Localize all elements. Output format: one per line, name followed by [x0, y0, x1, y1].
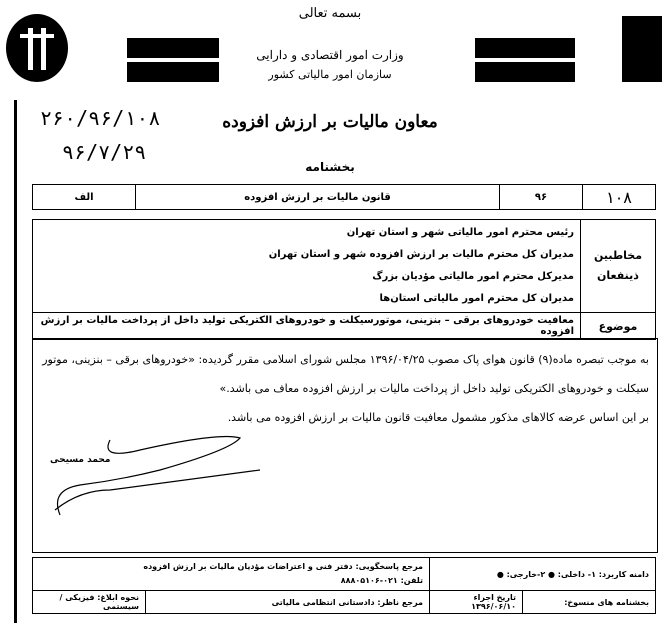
department-title: معاون مالیات بر ارزش افزوده [200, 112, 460, 132]
series-letter: الف [33, 185, 136, 210]
law-name: قانون مالیات بر ارزش افزوده [136, 185, 500, 210]
responder-text: مرجع پاسخگویی: دفتر فنی و اعتراضات مؤدیا… [39, 560, 423, 574]
recipients-label-1: مخاطبین [587, 246, 649, 266]
body-paragraph-1: به موجب تبصره ماده(۹) قانون هوای پاک مصو… [33, 345, 657, 403]
supervisor-cell: مرجع ناظر: دادستانی انتظامی مالیاتی [146, 591, 430, 614]
subject-text: معافیت خودروهای برقی – بنزینی، موتورسیکل… [33, 313, 581, 340]
signature-icon [40, 430, 260, 530]
logo-emblem-icon [6, 14, 68, 82]
invocation: بسمه تعالی [200, 6, 460, 21]
redaction-bar [475, 38, 575, 58]
redaction-bar [475, 62, 575, 82]
signatory-name: محمد مسیحی [50, 455, 110, 465]
notify-cell: نحوه ابلاغ: فیزیکی / سیستمی [33, 591, 146, 614]
abolished-cell: بخشنامه های منسوخ: [523, 591, 656, 614]
circular-number: ۱۰۸ [583, 185, 656, 210]
circular-document: بسمه تعالی وزارت امور اقتصادی و دارایی س… [0, 0, 662, 623]
scope-cell: دامنه کاربرد: ۱- داخلی: ● ۲-خارجی: ● [430, 558, 656, 591]
info-row-table: ۱۰۸ ۹۶ قانون مالیات بر ارزش افزوده الف [32, 184, 656, 210]
organization-name: سازمان امور مالیاتی کشور [200, 68, 460, 81]
body-paragraph-2: بر این اساس عرضه کالاهای مذکور مشمول معا… [33, 403, 657, 432]
handwritten-date: ۹۶/۷/۲۹ [62, 140, 146, 164]
handwritten-number: ۲۶۰/۹۶/۱۰۸ [40, 106, 160, 130]
recipients-list: رئیس محترم امور مالیاتی شهر و استان تهرا… [33, 220, 581, 313]
subject-label: موضوع [581, 313, 656, 340]
recipients-table: مخاطبین ذینفعان رئیس محترم امور مالیاتی … [32, 219, 656, 340]
ministry-name: وزارت امور اقتصادی و دارایی [200, 48, 460, 62]
recipient-item: مدیرکل محترم امور مالیاتی مؤدیان بزرگ [39, 266, 574, 288]
doc-type: بخشنامه [200, 160, 460, 174]
responder-cell: مرجع پاسخگویی: دفتر فنی و اعتراضات مؤدیا… [33, 558, 430, 591]
footer-table: دامنه کاربرد: ۱- داخلی: ● ۲-خارجی: ● مرج… [32, 557, 656, 614]
recipient-item: مدیران کل محترم امور مالیاتی استان‌ها [39, 288, 574, 310]
recipients-label: مخاطبین ذینفعان [581, 220, 656, 313]
recipient-item: مدیران کل محترم مالیات بر ارزش افزوده شه… [39, 244, 574, 266]
margin-line [14, 100, 17, 623]
recipient-item: رئیس محترم امور مالیاتی شهر و استان تهرا… [39, 222, 574, 244]
tax-org-logo-icon [622, 16, 662, 82]
phone-text: تلفن: ۰۲۱-۸۸۸۰۵۱۰۶ [39, 574, 423, 588]
recipients-label-2: ذینفعان [587, 266, 649, 286]
circular-year: ۹۶ [500, 185, 583, 210]
exec-date-cell: تاریخ اجراء ۱۳۹۶/۰۶/۱۰ [430, 591, 523, 614]
